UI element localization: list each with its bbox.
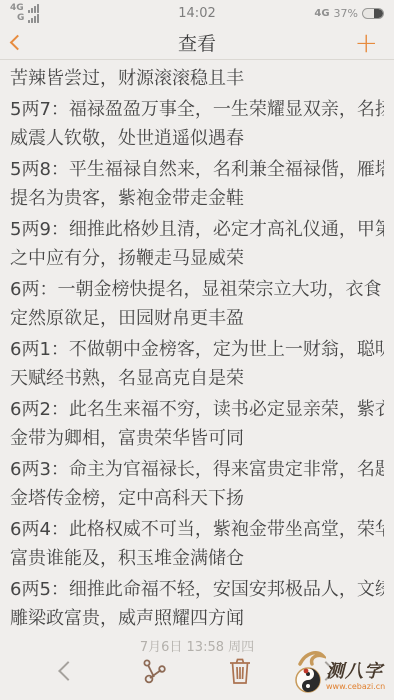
nav-bar: 查看 + xyxy=(0,26,394,60)
verse-line: 金塔传金榜，定中高科天下扬 xyxy=(10,484,384,513)
network-type-label: 4G xyxy=(314,8,329,19)
add-button[interactable]: + xyxy=(351,29,382,57)
signal-bars-icon xyxy=(28,14,39,23)
delete-button[interactable] xyxy=(224,655,256,687)
sim1-signal-icon: 4G xyxy=(10,4,120,13)
verse-line: 提名为贵客，紫袍金带走金鞋 xyxy=(10,184,384,213)
verse-paragraph: 6两3：命主为官福禄长，得来富贵定非常，名题 金塔传金榜，定中高科天下扬 xyxy=(10,455,384,513)
bottom-toolbar xyxy=(0,650,394,692)
verse-line: 富贵谁能及，积玉堆金满储仓 xyxy=(10,544,384,573)
share-button[interactable] xyxy=(138,655,170,687)
verse-paragraph: 5两7：福禄盈盈万事全，一生荣耀显双亲，名扬 威震人钦敬，处世逍遥似遇春 xyxy=(10,95,384,153)
verse-line: 6两4：此格权威不可当，紫袍金带坐高堂，荣华 xyxy=(10,515,384,544)
status-bar: 4G G 14:02 4G 37% xyxy=(0,0,394,26)
verse-paragraph: 苦辣皆尝过，财源滚滚稳且丰 xyxy=(10,64,384,93)
battery-icon xyxy=(362,8,384,19)
verse-line: 金带为卿相，富贵荣华皆可同 xyxy=(10,424,384,453)
back-chevron-icon xyxy=(10,35,26,51)
back-button[interactable] xyxy=(12,37,52,48)
verse-line: 之中应有分，扬鞭走马显威荣 xyxy=(10,244,384,273)
verse-line: 6两5：细推此命福不轻，安国安邦极品人，文绣 xyxy=(10,575,384,604)
verse-line: 5两8：平生福禄自然来，名利兼全福禄偕，雁塔 xyxy=(10,155,384,184)
screen: 4G G 14:02 4G 37% 查看 + 苦辣皆尝过，财源滚滚稳且丰 5两7… xyxy=(0,0,394,700)
verse-line: 天赋经书熟，名显高克自是荣 xyxy=(10,364,384,393)
status-right: 4G 37% xyxy=(274,7,384,20)
verse-line: 5两9：细推此格妙且清，必定才高礼仪通，甲第 xyxy=(10,215,384,244)
verse-paragraph: 6两2：此名生来福不穷，读书必定显亲荣，紫衣 金带为卿相，富贵荣华皆可同 xyxy=(10,395,384,453)
battery-percent-label: 37% xyxy=(334,7,358,20)
page-title: 查看 xyxy=(0,29,394,56)
signal-indicators: 4G G xyxy=(10,4,120,23)
status-time: 14:02 xyxy=(120,6,274,21)
signal-bars-icon xyxy=(28,4,39,13)
verse-line: 6两1：不做朝中金榜客，定为世上一财翁，聪明 xyxy=(10,335,384,364)
next-note-button[interactable] xyxy=(310,655,342,687)
verse-line: 雕梁政富贵，威声照耀四方闻 xyxy=(10,604,384,633)
verse-line: 定然原欲足，田园财帛更丰盈 xyxy=(10,304,384,333)
verse-paragraph: 6两4：此格权威不可当，紫袍金带坐高堂，荣华 富贵谁能及，积玉堆金满储仓 xyxy=(10,515,384,573)
sim2-network-label: G xyxy=(17,14,24,23)
note-content: 苦辣皆尝过，财源滚滚稳且丰 5两7：福禄盈盈万事全，一生荣耀显双亲，名扬 威震人… xyxy=(0,60,394,653)
previous-note-button[interactable] xyxy=(52,655,84,687)
sim1-network-label: 4G xyxy=(10,4,24,13)
verse-paragraph: 6两：一朝金榜快提名，显祖荣宗立大功，衣食 定然原欲足，田园财帛更丰盈 xyxy=(10,275,384,333)
verse-paragraph: 6两1：不做朝中金榜客，定为世上一财翁，聪明 天赋经书熟，名显高克自是荣 xyxy=(10,335,384,393)
trash-icon xyxy=(227,657,253,685)
chevron-right-icon xyxy=(316,661,336,681)
chevron-left-icon xyxy=(58,661,78,681)
verse-paragraph: 6两5：细推此命福不轻，安国安邦极品人，文绣 雕梁政富贵，威声照耀四方闻 xyxy=(10,575,384,633)
verse-paragraph: 5两9：细推此格妙且清，必定才高礼仪通，甲第 之中应有分，扬鞭走马显威荣 xyxy=(10,215,384,273)
verse-line: 苦辣皆尝过，财源滚滚稳且丰 xyxy=(10,64,384,93)
sim2-signal-icon: G xyxy=(10,14,120,23)
verse-line: 5两7：福禄盈盈万事全，一生荣耀显双亲，名扬 xyxy=(10,95,384,124)
verse-line: 6两：一朝金榜快提名，显祖荣宗立大功，衣食 xyxy=(10,275,384,304)
verse-line: 6两2：此名生来福不穷，读书必定显亲荣，紫衣 xyxy=(10,395,384,424)
share-icon xyxy=(141,658,167,684)
verse-line: 威震人钦敬，处世逍遥似遇春 xyxy=(10,124,384,153)
verse-line: 6两3：命主为官福禄长，得来富贵定非常，名题 xyxy=(10,455,384,484)
verse-paragraph: 5两8：平生福禄自然来，名利兼全福禄偕，雁塔 提名为贵客，紫袍金带走金鞋 xyxy=(10,155,384,213)
